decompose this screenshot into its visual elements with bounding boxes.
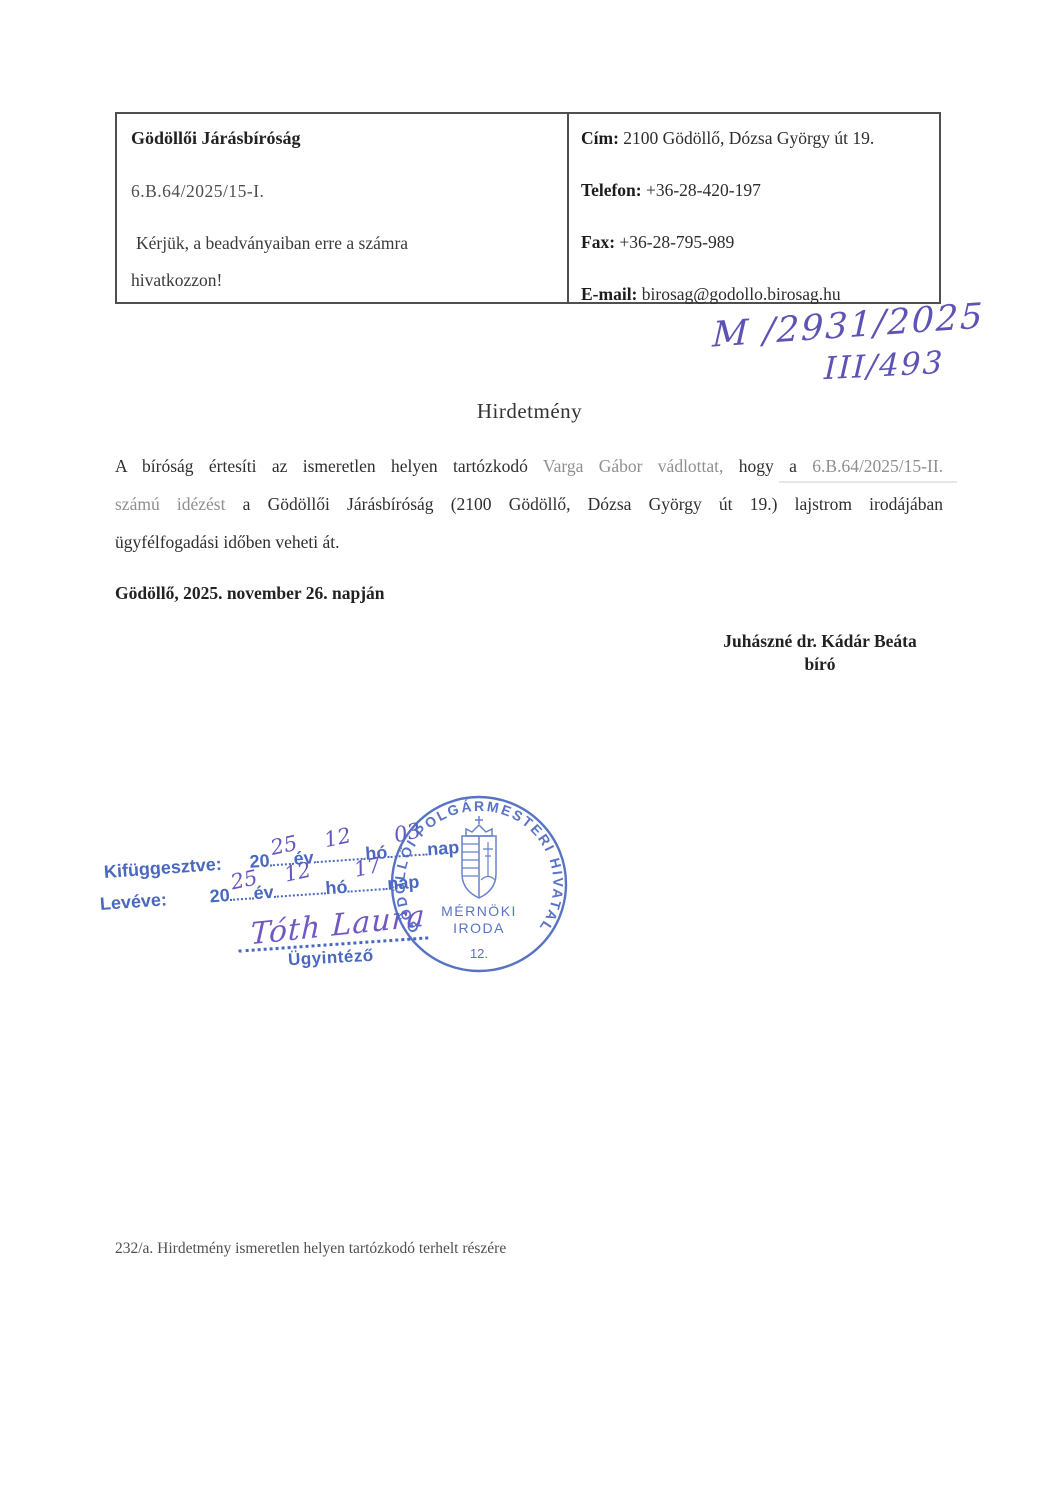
contact-row-phone: Telefon: +36-28-420-197 <box>581 178 927 202</box>
header-table-left-cell: Gödöllői Járásbíróság 6.B.64/2025/15-I. … <box>117 114 569 302</box>
signer-role: bíró <box>700 653 940 676</box>
header-table-right-cell: Cím: 2100 Gödöllő, Dózsa György út 19. T… <box>569 114 939 302</box>
contact-value: 2100 Gödöllő, Dózsa György út 19. <box>623 128 874 148</box>
posted-label: Kifüggesztve: <box>103 852 250 883</box>
body-line-3: ügyfélfogadási időben veheti át. <box>115 523 943 561</box>
handwritten-day: 17 <box>352 853 383 882</box>
date-line: Gödöllő, 2025. november 26. napján <box>115 583 385 604</box>
month-suffix: hó <box>325 877 348 898</box>
body-text-faded: Varga Gábor vádlottat, <box>543 456 724 476</box>
body-text-faded: számú idézést <box>115 494 225 514</box>
contact-label: Telefon: <box>581 180 642 200</box>
signer-name: Juhászné dr. Kádár Beáta <box>700 630 940 653</box>
contact-row-email: E-mail: birosag@godollo.birosag.hu <box>581 282 927 306</box>
officer-role-label: Ügyintéző <box>288 946 375 970</box>
handwritten-registry-subnumber: III/493 <box>823 345 944 387</box>
reference-note-line2: hivatkozzon! <box>131 268 553 292</box>
body-text: hogy a <box>739 456 797 476</box>
contact-label: Cím: <box>581 128 619 148</box>
stamp-office-line2: IRODA <box>453 920 505 936</box>
body-line-2: számú idézést a Gödöllői Járásbíróság (2… <box>115 485 943 523</box>
stamp-office-line1: MÉRNÖKI <box>441 902 517 919</box>
round-official-stamp: GÖDÖLLŐI POLGÁRMESTERI HIVATAL MÉRNÖKI I… <box>388 792 570 976</box>
case-number: 6.B.64/2025/15-I. <box>131 179 553 203</box>
body-line-1: A bíróság értesíti az ismeretlen helyen … <box>115 447 943 485</box>
contact-row-fax: Fax: +36-28-795-989 <box>581 230 927 254</box>
month-dotted-blank: 12 <box>273 878 326 898</box>
document-title: Hirdetmény <box>0 399 1059 424</box>
handwritten-month: 12 <box>282 858 313 887</box>
day-dotted-blank: 17 <box>347 874 388 893</box>
contact-value: birosag@godollo.birosag.hu <box>642 284 841 304</box>
contact-label: E-mail: <box>581 284 637 304</box>
header-table: Gödöllői Járásbíróság 6.B.64/2025/15-I. … <box>115 112 941 304</box>
court-name: Gödöllői Járásbíróság <box>131 126 553 150</box>
document-page: Gödöllői Járásbíróság 6.B.64/2025/15-I. … <box>0 0 1059 1498</box>
contact-label: Fax: <box>581 232 615 252</box>
contact-value: +36-28-795-989 <box>619 232 734 252</box>
body-paragraph: A bíróság értesíti az ismeretlen helyen … <box>115 447 943 561</box>
handwritten-month: 12 <box>322 823 353 852</box>
body-text-faded: 6.B.64/2025/15-II. <box>812 456 943 476</box>
removed-label: Levéve: <box>99 886 210 915</box>
contact-value: +36-28-420-197 <box>646 180 761 200</box>
stamp-number: 12. <box>470 946 488 961</box>
contact-row-address: Cím: 2100 Gödöllő, Dózsa György út 19. <box>581 126 927 150</box>
body-text: a Gödöllői Járásbíróság (2100 Gödöllő, D… <box>243 494 943 514</box>
year-dotted-blank: 25 <box>229 883 254 901</box>
reference-note-line1: Kérjük, a beadványaiban erre a számra <box>131 231 553 255</box>
footer-form-reference: 232/a. Hirdetmény ismeretlen helyen tart… <box>115 1240 506 1258</box>
scan-artifact-line <box>779 481 957 483</box>
body-text: A bíróság értesíti az ismeretlen helyen … <box>115 456 528 476</box>
coat-of-arms-icon <box>462 816 496 898</box>
year-prefix: 20 <box>209 885 230 906</box>
signer-block: Juhászné dr. Kádár Beáta bíró <box>700 630 940 676</box>
